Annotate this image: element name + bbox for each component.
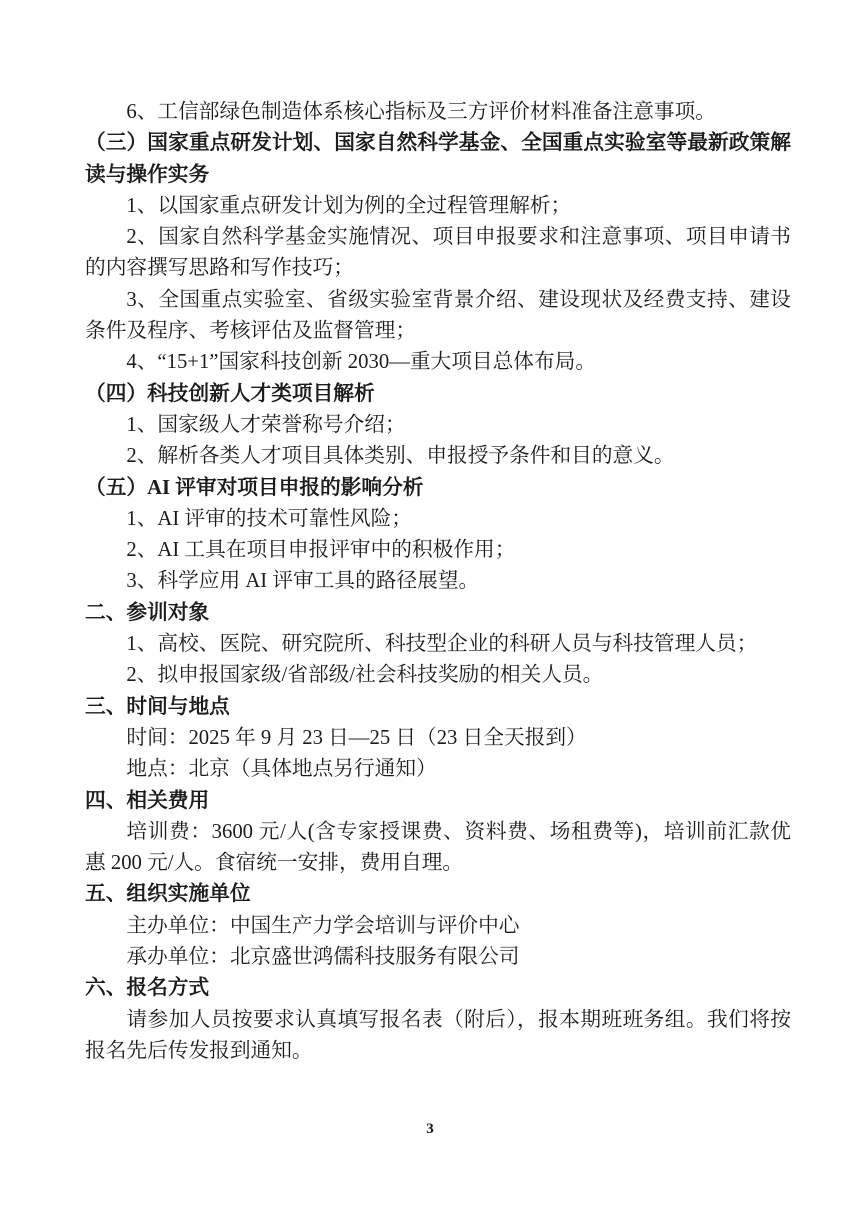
- paragraph: 1、AI 评审的技术可靠性风险；: [85, 504, 791, 535]
- paragraph: 主办单位：中国生产力学会培训与评价中心: [85, 911, 791, 942]
- paragraph: 1、以国家重点研发计划为例的全过程管理解析；: [85, 191, 791, 222]
- document-page: 6、工信部绿色制造体系核心指标及三方评价材料准备注意事项。（三）国家重点研发计划…: [0, 0, 860, 1217]
- paragraph: 请参加人员按要求认真填写报名表（附后），报本期班班务组。我们将按报名先后传发报到…: [85, 1005, 791, 1068]
- paragraph: 承办单位：北京盛世鸿儒科技服务有限公司: [85, 942, 791, 973]
- section-heading: （四）科技创新人才类项目解析: [85, 379, 791, 410]
- paragraph: 2、国家自然科学基金实施情况、项目申报要求和注意事项、项目申请书的内容撰写思路和…: [85, 222, 791, 285]
- section-heading: 五、组织实施单位: [85, 879, 791, 910]
- paragraph: 2、AI 工具在项目申报评审中的积极作用；: [85, 535, 791, 566]
- section-heading: 二、参训对象: [85, 598, 791, 629]
- section-heading: （五）AI 评审对项目申报的影响分析: [85, 473, 791, 504]
- paragraph: 地点：北京（具体地点另行通知）: [85, 754, 791, 785]
- paragraph: 3、科学应用 AI 评审工具的路径展望。: [85, 566, 791, 597]
- section-heading: 四、相关费用: [85, 786, 791, 817]
- document-body: 6、工信部绿色制造体系核心指标及三方评价材料准备注意事项。（三）国家重点研发计划…: [85, 97, 791, 1067]
- paragraph: 2、拟申报国家级/省部级/社会科技奖励的相关人员。: [85, 660, 791, 691]
- paragraph: 3、全国重点实验室、省级实验室背景介绍、建设现状及经费支持、建设条件及程序、考核…: [85, 285, 791, 348]
- paragraph: 2、解析各类人才项目具体类别、申报授予条件和目的意义。: [85, 441, 791, 472]
- paragraph: 培训费：3600 元/人(含专家授课费、资料费、场租费等)，培训前汇款优惠 20…: [85, 817, 791, 880]
- paragraph: 1、国家级人才荣誉称号介绍；: [85, 410, 791, 441]
- paragraph: 6、工信部绿色制造体系核心指标及三方评价材料准备注意事项。: [85, 97, 791, 128]
- section-heading: （三）国家重点研发计划、国家自然科学基金、全国重点实验室等最新政策解读与操作实务: [85, 128, 791, 191]
- section-heading: 三、时间与地点: [85, 692, 791, 723]
- section-heading: 六、报名方式: [85, 973, 791, 1004]
- paragraph: 时间：2025 年 9 月 23 日—25 日（23 日全天报到）: [85, 723, 791, 754]
- paragraph: 4、“15+1”国家科技创新 2030—重大项目总体布局。: [85, 347, 791, 378]
- paragraph: 1、高校、医院、研究院所、科技型企业的科研人员与科技管理人员；: [85, 629, 791, 660]
- page-number: 3: [0, 1121, 860, 1138]
